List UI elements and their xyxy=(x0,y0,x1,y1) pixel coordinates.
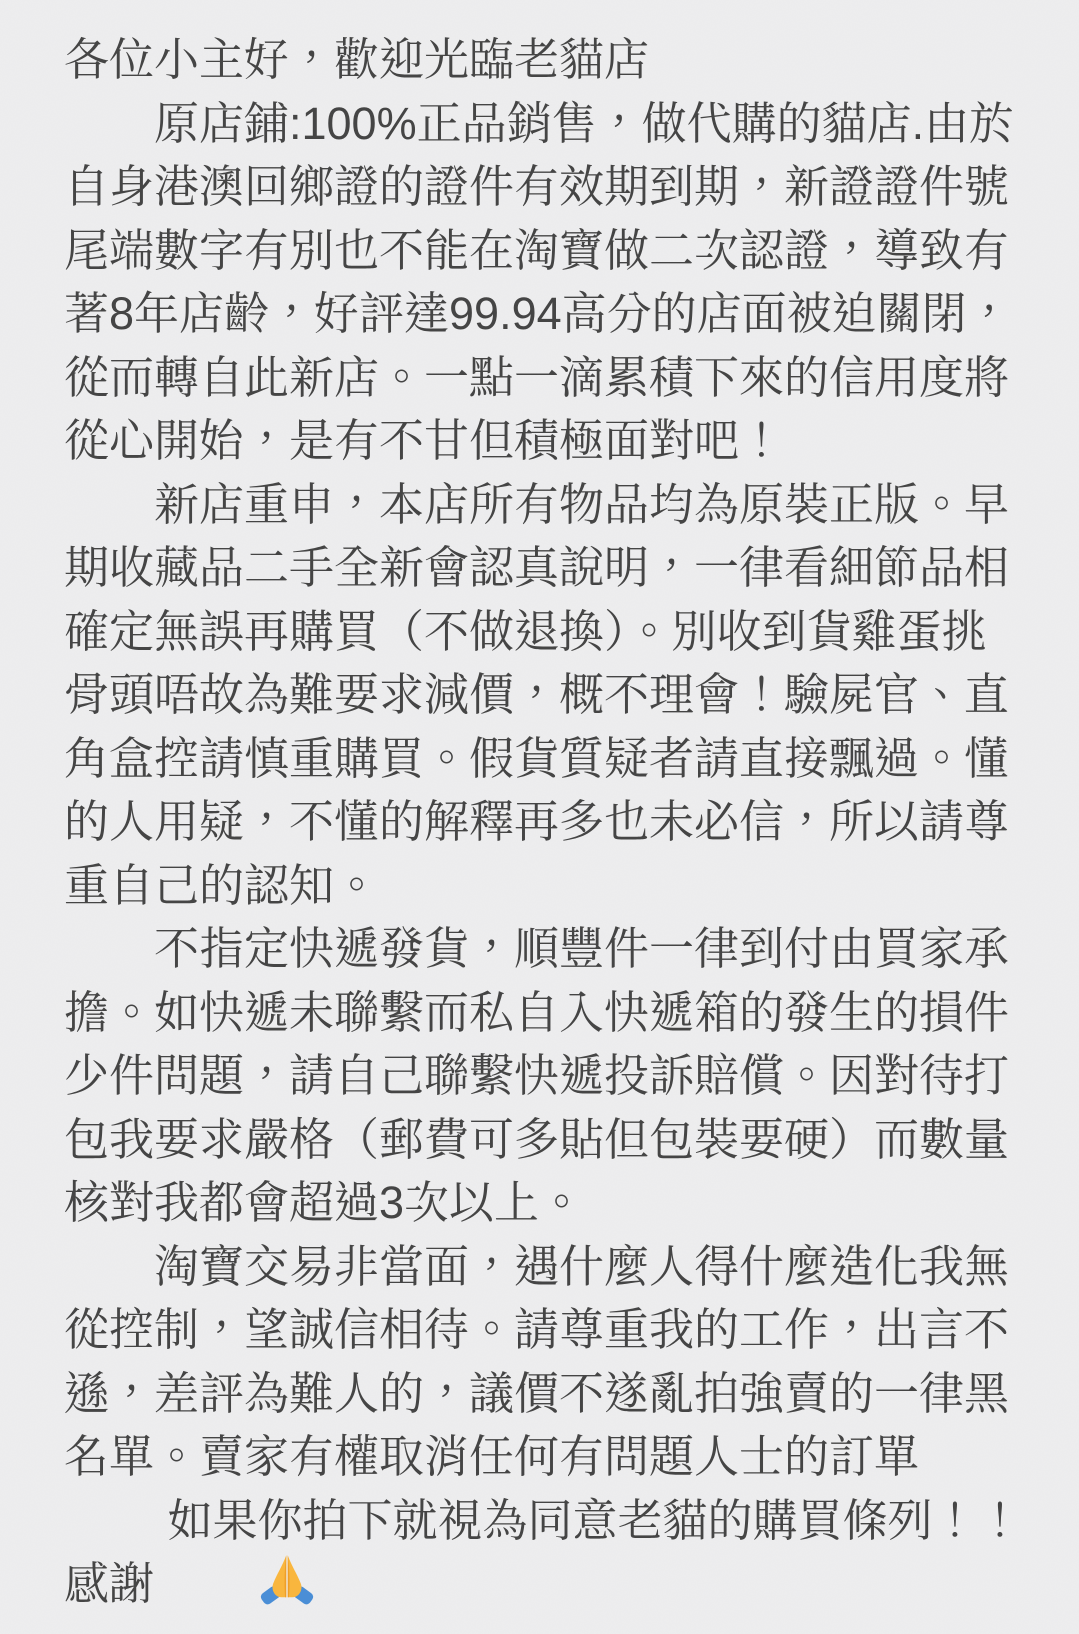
notice-text: 各位小主好，歡迎光臨老貓店 原店鋪:100%正品銷售，做代購的貓店.由於自身港澳… xyxy=(0,0,1079,1616)
emoji-palms xyxy=(272,1555,301,1597)
folded-hands-emoji xyxy=(156,1553,210,1607)
trading-policy-paragraph: 淘寶交易非當面，遇什麼人得什麼造化我無從控制，望誠信相待。請尊重我的工作，出言不… xyxy=(64,1235,1024,1489)
shop-notice-image: 各位小主好，歡迎光臨老貓店 原店鋪:100%正品銷售，做代購的貓店.由於自身港澳… xyxy=(0,0,1079,1634)
shipping-policy-paragraph: 不指定快遞發貨，順豐件一律到付由買家承擔。如快遞未聯繫而私自入快遞箱的發生的損件… xyxy=(64,917,1024,1235)
closing-paragraph: 如果你拍下就視為同意老貓的購買條列！！感謝 xyxy=(64,1489,1024,1616)
authenticity-policy-paragraph: 新店重申，本店所有物品均為原裝正版。早期收藏品二手全新會認真說明，一律看細節品相… xyxy=(64,473,1024,918)
store-history-paragraph: 原店鋪:100%正品銷售，做代購的貓店.由於自身港澳回鄉證的證件有效期到期，新證… xyxy=(64,92,1024,473)
greeting-paragraph: 各位小主好，歡迎光臨老貓店 xyxy=(64,28,1024,92)
emoji-cuffs xyxy=(260,1584,314,1606)
